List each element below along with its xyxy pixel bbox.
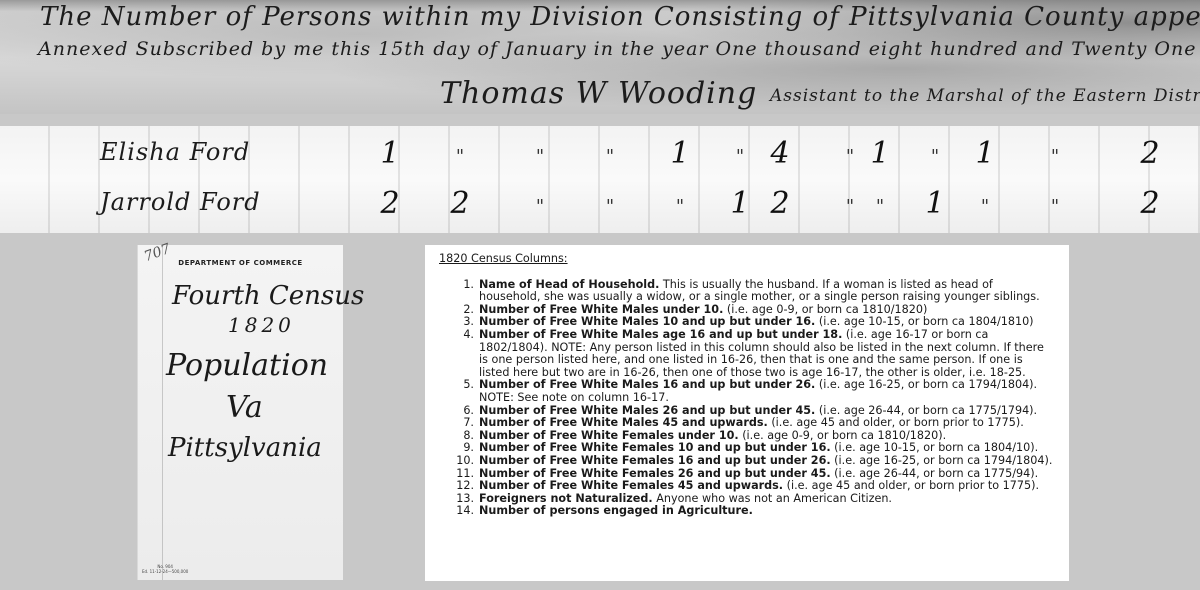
tally-mark: " <box>1035 146 1075 167</box>
item-number: 5. <box>439 379 474 392</box>
item-heading: Name of Head of Household. <box>479 278 659 291</box>
tally-mark: 1 <box>720 186 760 221</box>
tally-mark: 1 <box>370 136 410 171</box>
census-cover-image: 707 DEPARTMENT OF COMMERCE Fourth Census… <box>137 245 343 580</box>
census-header-scan: The Number of Persons within my Division… <box>0 0 1200 114</box>
tally-mark: 2 <box>370 186 410 221</box>
tally-mark: 2 <box>440 186 480 221</box>
tally-mark: " <box>1035 196 1075 217</box>
cover-line-census: Fourth Census <box>172 281 364 311</box>
tally-mark: 1 <box>860 136 900 171</box>
tally-mark: " <box>915 146 955 167</box>
census-column-item: 4.Number of Free White Males age 16 and … <box>439 329 1055 379</box>
item-heading: Number of Free White Males 10 and up but… <box>479 315 815 328</box>
tally-mark: 2 <box>1130 136 1170 171</box>
tally-mark: " <box>520 146 560 167</box>
item-number: 12. <box>439 480 474 493</box>
item-heading: Number of Free White Females 10 and up b… <box>479 441 831 454</box>
item-description: (i.e. age 26-44, or born ca 1775/1794). <box>815 404 1037 417</box>
tally-mark: " <box>590 196 630 217</box>
item-heading: Foreigners not Naturalized. <box>479 492 653 505</box>
cover-footer: No. 904 Ed. 11-12-24—500,000 <box>142 564 188 574</box>
cover-line-state: Va <box>226 390 263 425</box>
header-handwriting-line-1: The Number of Persons within my Division… <box>40 2 1200 32</box>
cover-line-year: 1820 <box>228 313 295 337</box>
item-heading: Number of Free White Males 16 and up but… <box>479 378 815 391</box>
item-description: (i.e. age 16-25, or born ca 1794/1804). <box>831 454 1053 467</box>
enumerator-title: Assistant to the Marshal of the Eastern … <box>770 86 1200 106</box>
item-number: 14. <box>439 505 474 518</box>
tally-mark: " <box>720 146 760 167</box>
item-description: (i.e. age 45 and older, or born prior to… <box>783 479 1039 492</box>
cover-department: DEPARTMENT OF COMMERCE <box>138 259 343 267</box>
header-handwriting-line-2: Annexed Subscribed by me this 15th day o… <box>38 38 1196 60</box>
census-columns-panel: 1820 Census Columns: 1.Name of Head of H… <box>425 245 1069 581</box>
item-description: (i.e. age 0-9, or born ca 1810/1820) <box>723 303 927 316</box>
tally-mark: 1 <box>660 136 700 171</box>
tally-mark: 1 <box>915 186 955 221</box>
tally-mark: " <box>520 196 560 217</box>
tally-mark: 1 <box>965 136 1005 171</box>
tally-mark: " <box>440 146 480 167</box>
tally-mark: " <box>660 196 700 217</box>
tally-mark: 4 <box>760 136 800 171</box>
cover-margin-rule <box>162 245 163 580</box>
item-heading: Number of Free White Females under 10. <box>479 429 739 442</box>
census-column-item: 5.Number of Free White Males 16 and up b… <box>439 379 1055 404</box>
cover-line-county: Pittsylvania <box>168 433 322 463</box>
item-description: Anyone who was not an American Citizen. <box>653 492 892 505</box>
item-number: 7. <box>439 417 474 430</box>
item-heading: Number of Free White Males age 16 and up… <box>479 328 842 341</box>
item-heading: Number of Free White Females 26 and up b… <box>479 467 831 480</box>
census-rows-scan: Elisha Ford Jarrold Ford 1"""1"4"1"1"2 2… <box>0 126 1200 233</box>
item-description: (i.e. age 10-15, or born ca 1804/1810) <box>815 315 1033 328</box>
enumerator-signature: Thomas W Wooding <box>440 76 757 111</box>
household-name: Jarrold Ford <box>100 188 261 216</box>
cover-line-population: Population <box>166 348 328 383</box>
census-column-item: 14.Number of persons engaged in Agricult… <box>439 505 1055 518</box>
item-heading: Number of Free White Females 45 and upwa… <box>479 479 783 492</box>
item-heading: Number of Free White Males under 10. <box>479 303 723 316</box>
tally-mark: 2 <box>760 186 800 221</box>
item-heading: Number of Free White Males 26 and up but… <box>479 404 815 417</box>
item-number: 1. <box>439 279 474 292</box>
item-description: (i.e. age 26-44, or born ca 1775/94). <box>831 467 1039 480</box>
household-name: Elisha Ford <box>100 138 250 166</box>
item-heading: Number of Free White Females 16 and up b… <box>479 454 831 467</box>
panel-title: 1820 Census Columns: <box>439 253 568 266</box>
item-description: (i.e. age 10-15, or born ca 1804/10). <box>831 441 1039 454</box>
item-description: (i.e. age 0-9, or born ca 1810/1820). <box>739 429 947 442</box>
tally-mark: " <box>965 196 1005 217</box>
tally-mark: 2 <box>1130 186 1170 221</box>
tally-mark: " <box>590 146 630 167</box>
tally-mark: " <box>860 196 900 217</box>
item-description: (i.e. age 45 and older, or born prior to… <box>768 416 1024 429</box>
cover-footer-edition: Ed. 11-12-24—500,000 <box>142 569 188 574</box>
item-heading: Number of persons engaged in Agriculture… <box>479 504 753 517</box>
item-number: 4. <box>439 329 474 342</box>
census-columns-list: 1.Name of Head of Household. This is usu… <box>439 279 1055 518</box>
item-number: 10. <box>439 455 474 468</box>
census-column-item: 1.Name of Head of Household. This is usu… <box>439 279 1055 304</box>
item-heading: Number of Free White Males 45 and upward… <box>479 416 768 429</box>
